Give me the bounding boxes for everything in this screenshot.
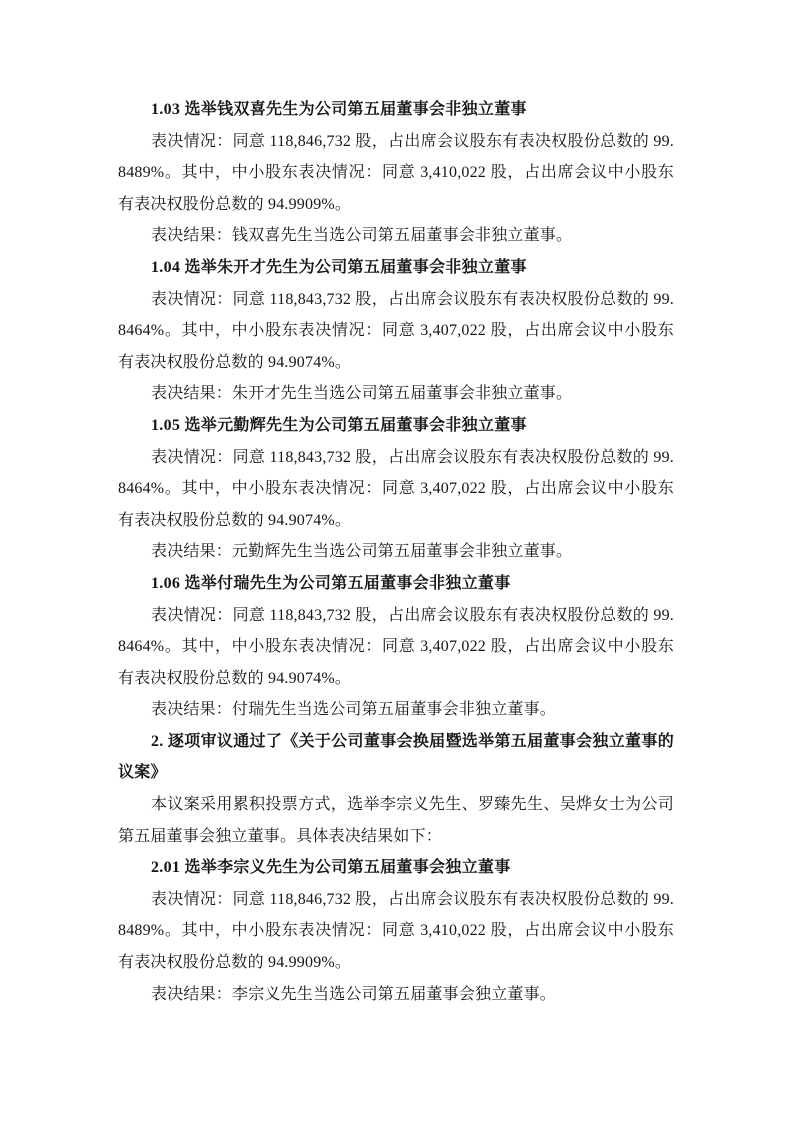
heading-item-1-04: 1.04 选举朱开才先生为公司第五届董事会非独立董事 <box>118 252 674 284</box>
heading-item-1-05: 1.05 选举元勤辉先生为公司第五届董事会非独立董事 <box>118 410 674 442</box>
heading-motion-2: 2. 逐项审议通过了《关于公司董事会换届暨选举第五届董事会独立董事的议案》 <box>118 726 674 789</box>
vote-detail-item-1-06: 表决情况：同意 118,843,732 股，占出席会议股东有表决权股份总数的 9… <box>118 600 674 695</box>
document-page: 1.03 选举钱双喜先生为公司第五届董事会非独立董事 表决情况：同意 118,8… <box>0 0 793 1122</box>
vote-result-item-1-04: 表决结果：朱开才先生当选公司第五届董事会非独立董事。 <box>118 378 674 410</box>
vote-result-item-2-01: 表决结果：李宗义先生当选公司第五届董事会独立董事。 <box>118 979 674 1011</box>
vote-detail-item-1-05: 表决情况：同意 118,843,732 股，占出席会议股东有表决权股份总数的 9… <box>118 442 674 537</box>
heading-item-1-03: 1.03 选举钱双喜先生为公司第五届董事会非独立董事 <box>118 94 674 126</box>
heading-item-1-06: 1.06 选举付瑞先生为公司第五届董事会非独立董事 <box>118 568 674 600</box>
vote-detail-item-2-01: 表决情况：同意 118,846,732 股，占出席会议股东有表决权股份总数的 9… <box>118 884 674 979</box>
motion-2-intro: 本议案采用累积投票方式，选举李宗义先生、罗臻先生、吴烨女士为公司第五届董事会独立… <box>118 789 674 852</box>
vote-result-item-1-03: 表决结果：钱双喜先生当选公司第五届董事会非独立董事。 <box>118 220 674 252</box>
vote-detail-item-1-03: 表决情况：同意 118,846,732 股，占出席会议股东有表决权股份总数的 9… <box>118 126 674 221</box>
vote-detail-item-1-04: 表决情况：同意 118,843,732 股，占出席会议股东有表决权股份总数的 9… <box>118 284 674 379</box>
heading-item-2-01: 2.01 选举李宗义先生为公司第五届董事会独立董事 <box>118 852 674 884</box>
vote-result-item-1-06: 表决结果：付瑞先生当选公司第五届董事会非独立董事。 <box>118 694 674 726</box>
vote-result-item-1-05: 表决结果：元勤辉先生当选公司第五届董事会非独立董事。 <box>118 536 674 568</box>
document-content: 1.03 选举钱双喜先生为公司第五届董事会非独立董事 表决情况：同意 118,8… <box>118 94 674 1010</box>
